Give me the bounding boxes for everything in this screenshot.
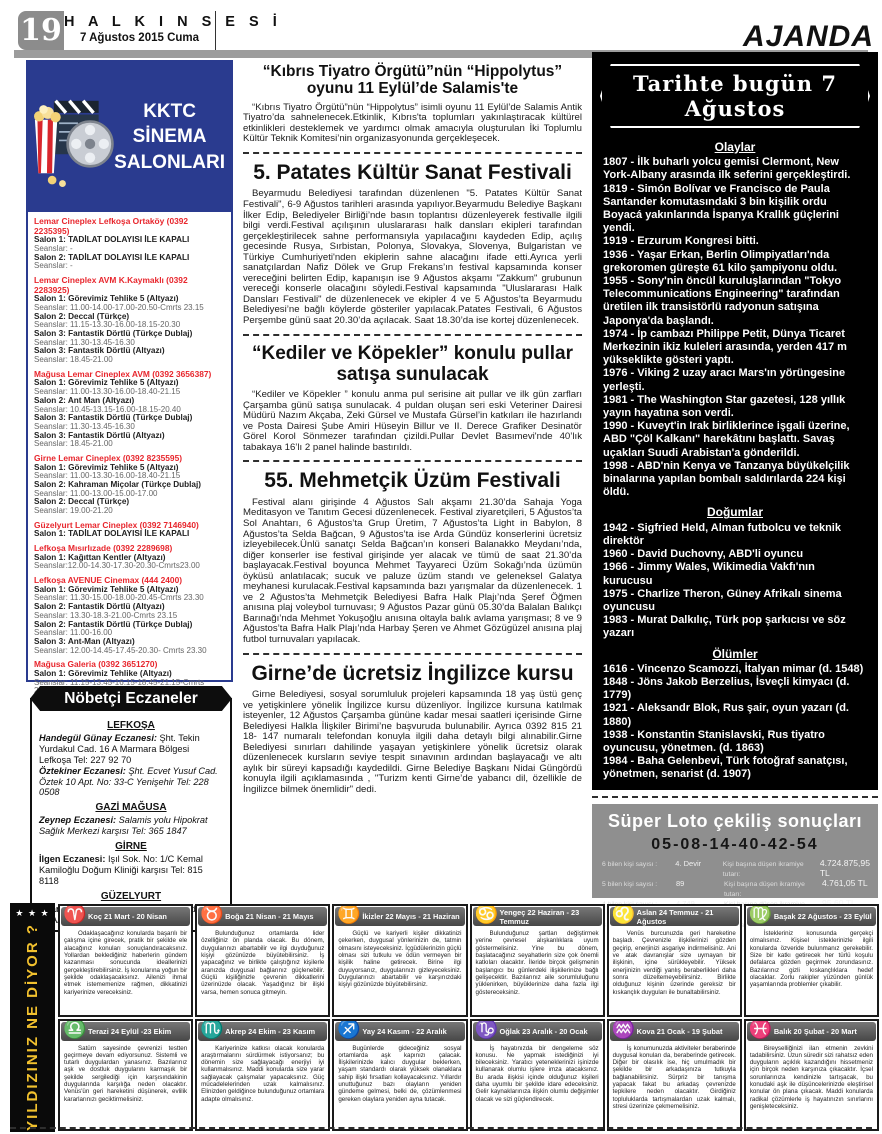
kova-zodiac-icon: ♒	[612, 1020, 636, 1039]
history-item: 1616 - Vincenzo Scamozzi, İtalyan mimar …	[603, 663, 867, 676]
balık-zodiac-icon: ♓	[749, 1020, 773, 1039]
history-item: 1974 - İp cambazı Philippe Petit, Dünya …	[603, 328, 867, 368]
cinema-venue: Lemar Cineplex AVM K.Kaymaklı (0392 2283…	[34, 276, 225, 365]
horoscope-sign-title: Yengeç 22 Haziran - 23 Temmuz	[500, 908, 602, 926]
pharmacy-name: Zeynep Eczanesi:	[39, 815, 119, 825]
horoscope-text: Bireyselliğinizi ilan etmenin zevkini ta…	[746, 1042, 877, 1114]
horoscope-cell: ♍Başak 22 Ağustos - 23 Eylülİstekleriniz…	[744, 904, 879, 1017]
horoscope-strip: ★ ★ ★ YILDIZINIZ NE DİYOR ?	[10, 903, 55, 1132]
horoscope-text: Bulunduğunuz şartları değiştirmek yerine…	[472, 927, 603, 999]
history-box: Tarihte bugün 7 Ağustos Olaylar1807 - İl…	[592, 52, 878, 790]
history-item: 1975 - Charlize Theron, Güney Afrikalı s…	[603, 588, 867, 614]
horoscope-sign-title: Boğa 21 Nisan - 21 Mayıs	[225, 912, 313, 921]
article-title: “Kıbrıs Tiyatro Örgütü”nün “Hippolytus” …	[243, 63, 582, 98]
horoscope-text: Venüs burcunuzda geri hareketine başladı…	[609, 927, 740, 999]
loto-numbers: 05-08-14-40-42-54	[592, 836, 878, 854]
başak-zodiac-icon: ♍	[749, 905, 773, 924]
horoscope-header: ♑Oğlak 23 Aralık - 20 Ocak	[473, 1022, 602, 1041]
section-title: AJANDA	[743, 20, 874, 54]
loto-row-label: 6 bilen kişi sayısı :	[602, 860, 675, 870]
horoscope-cell: ♒Kova 21 Ocak - 19 Şubatİş konumunuzda a…	[607, 1019, 742, 1132]
yengeç-zodiac-icon: ♋	[475, 905, 499, 924]
separator-dashed	[243, 460, 582, 462]
article-body: “Kıbrıs Tiyatro Örgütü”nün “Hippolytus” …	[243, 103, 582, 145]
pharmacy-entry: Handegül Günay Eczanesi: Şht. Tekin Yurd…	[39, 733, 223, 766]
horoscope-header: ♉Boğa 21 Nisan - 21 Mayıs	[198, 907, 327, 926]
loto-prize-amount: 4.724.875,95 TL	[820, 859, 870, 878]
cinema-venue: Lemar Cineplex Lefkoşa Ortaköy (0392 223…	[34, 217, 225, 271]
venue-showtimes: Seanslar: -	[34, 262, 225, 271]
pharmacy-city: LEFKOŞA	[39, 721, 223, 732]
horoscope-sign-title: İkizler 22 Mayıs - 21 Haziran	[362, 912, 459, 921]
history-item: 1966 - Jimmy Wales, Wikimedia Vakfı'nın …	[603, 561, 867, 587]
horoscope-sign-title: Başak 22 Ağustos - 23 Eylül	[774, 912, 872, 921]
history-item: 1984 - Baha Gelenbevi, Türk fotoğraf san…	[603, 755, 867, 781]
history-item: 1955 - Sony'nin öncül kuruluşlarından "T…	[603, 275, 867, 328]
boğa-zodiac-icon: ♉	[200, 905, 224, 924]
cinema-box-title: KKTC SİNEMA SALONLARI	[114, 99, 231, 176]
news-article: 5. Patates Kültür Sanat FestivaliBeyarmu…	[243, 161, 582, 327]
cinema-header: KKTC SİNEMA SALONLARI	[28, 62, 231, 212]
pharmacy-banner: Nöbetçi Eczaneler	[30, 686, 232, 711]
article-body: Girne Belediyesi, sosyal sorumluluk proj…	[243, 690, 582, 795]
loto-row: 6 bilen kişi sayısı :4. DevirKişi başına…	[602, 859, 870, 879]
article-title: 55. Mehmetçik Üzüm Festivali	[243, 469, 582, 493]
horoscope-cell: ♈Koç 21 Mart - 20 NisanOdaklaşacağınız k…	[58, 904, 193, 1017]
pharmacy-entry: İlgen Eczanesi: Işıl Sok. No: 1/C Kemal …	[39, 854, 223, 887]
venue-showtimes: Seanslar:12.00-14.30-17.30-20.30-Cmrts23…	[34, 562, 225, 571]
loto-prize-amount: 4.761,05 TL	[822, 879, 870, 889]
loto-row-label: 5 bilen kişi sayısı :	[602, 880, 676, 890]
history-item: 1960 - David Duchovny, ABD'li oyuncu	[603, 548, 867, 561]
pharmacy-city: GÜZELYURT	[39, 892, 223, 903]
terazi-zodiac-icon: ♎	[63, 1020, 87, 1039]
pharmacy-box: LEFKOŞAHandegül Günay Eczanesi: Şht. Tek…	[30, 698, 232, 932]
aslan-zodiac-icon: ♌	[612, 905, 636, 924]
venue-showtimes: Seanslar: 18.45-21.00	[34, 440, 225, 449]
cinema-listings-box: KKTC SİNEMA SALONLARI Lemar Cineplex Lef…	[26, 60, 233, 682]
horoscope-cell: ♓Balık 20 Şubat - 20 MartBireyselliğiniz…	[744, 1019, 879, 1132]
history-item: 1990 - Kuveyt'in Irak birliklerince işga…	[603, 420, 867, 460]
horoscope-text: İş hayatınızda bir dengeleme söz konusu.…	[472, 1042, 603, 1107]
cinema-venue: Lefkoşa AVENUE Cinemax (444 2400)Salon 1…	[34, 576, 225, 655]
newspaper-name: H A L K I N S E S İ	[64, 14, 215, 30]
cinema-venue: Lefkoşa Mısırlızade (0392 2289698)Salon …	[34, 544, 225, 571]
horoscope-text: Satürn sayesinde çevrenizi testten geçir…	[60, 1042, 191, 1107]
history-item: 1998 - ABD'nin Kenya ve Tanzanya büyükel…	[603, 460, 867, 500]
horoscope-cell: ♏Akrep 24 Ekim - 23 KasımKariyerinize ka…	[195, 1019, 330, 1132]
horoscope-sign-title: Koç 21 Mart - 20 Nisan	[88, 912, 167, 921]
horoscope-sign-title: Kova 21 Ocak - 19 Şubat	[637, 1027, 723, 1036]
horoscope-cell: ♎Terazi 24 Eylül -23 EkimSatürn sayesind…	[58, 1019, 193, 1132]
cinema-graphic-icon	[28, 67, 114, 207]
loto-row-count: 4. Devir	[675, 859, 723, 869]
koç-zodiac-icon: ♈	[63, 905, 87, 924]
horoscope-sign-title: Oğlak 23 Aralık - 20 Ocak	[500, 1027, 588, 1036]
i̇kizler-zodiac-icon: ♊	[337, 905, 361, 924]
horoscope-sign-title: Terazi 24 Eylül -23 Ekim	[88, 1027, 171, 1036]
history-item: 1942 - Sigfried Held, Alman futbolcu ve …	[603, 522, 867, 548]
venue-name: Lemar Cineplex AVM K.Kaymaklı (0392 2283…	[34, 276, 225, 295]
cinema-venue: Güzelyurt Lemar Cineplex (0392 7146940)S…	[34, 521, 225, 539]
loto-row-count: 89	[676, 879, 724, 889]
horoscope-header: ♈Koç 21 Mart - 20 Nisan	[61, 907, 190, 926]
venue-name: Lemar Cineplex Lefkoşa Ortaköy (0392 223…	[34, 217, 225, 236]
horoscope-sign-title: Balık 20 Şubat - 20 Mart	[774, 1027, 857, 1036]
history-item: 1936 - Yaşar Erkan, Berlin Olimpiyatları…	[603, 249, 867, 275]
history-item: 1807 - İlk buharlı yolcu gemisi Clermont…	[603, 156, 867, 182]
stars-icon: ★ ★ ★	[15, 903, 49, 919]
horoscope-text: İstekleriniz konusunda gerçekçi olmalısı…	[746, 927, 877, 992]
horoscope-sign-title: Aslan 24 Temmuz - 21 Ağustos	[637, 908, 739, 926]
horoscope-cell: ♉Boğa 21 Nisan - 21 MayısBulunduğunuz or…	[195, 904, 330, 1017]
horoscope-cell: ♑Oğlak 23 Aralık - 20 Ocakİş hayatınızda…	[470, 1019, 605, 1132]
article-title: Girne’de ücretsiz İngilizce kursu	[243, 662, 582, 686]
venue-showtimes: Seanslar: 19.00-21.20	[34, 507, 225, 516]
horoscope-cell: ♐Yay 24 Kasım - 22 AralıkBugünlerde gide…	[332, 1019, 467, 1132]
history-item: 1819 - Simón Bolívar ve Francisco de Pau…	[603, 183, 867, 236]
issue-date: 7 Ağustos 2015 Cuma	[64, 32, 215, 44]
history-item: 1983 - Murat Dalkılıç, Türk pop şarkıcıs…	[603, 614, 867, 640]
news-article: “Kediler ve Köpekler” konulu pullar satı…	[243, 343, 582, 454]
pharmacy-entry: Öztekiner Eczanesi: Şht. Ecvet Yusuf Cad…	[39, 766, 223, 799]
horoscope-text: Kariyerinize katkısı olacak konularda ar…	[197, 1042, 328, 1107]
horoscope-sign-title: Akrep 24 Ekim - 23 Kasım	[225, 1027, 315, 1036]
news-article: 55. Mehmetçik Üzüm FestivaliFestival ala…	[243, 469, 582, 645]
pharmacy-name: İlgen Eczanesi:	[39, 854, 108, 864]
horoscope-text: Odaklaşacağınız konularda başarılı bir ç…	[60, 927, 191, 999]
horoscope-header: ♌Aslan 24 Temmuz - 21 Ağustos	[610, 907, 739, 926]
horoscope-header: ♏Akrep 24 Ekim - 23 Kasım	[198, 1022, 327, 1041]
separator-dashed	[243, 334, 582, 336]
horoscope-header: ♎Terazi 24 Eylül -23 Ekim	[61, 1022, 190, 1041]
history-banner: Tarihte bugün 7 Ağustos	[600, 64, 870, 128]
horoscope-text: Bugünlerde gideceğiniz sosyal ortamlarda…	[334, 1042, 465, 1107]
pharmacy-name: Öztekiner Eczanesi:	[39, 766, 128, 776]
bottom-dashed-rule	[10, 1127, 872, 1129]
separator-dashed	[243, 653, 582, 655]
horoscope-header: ♒Kova 21 Ocak - 19 Şubat	[610, 1022, 739, 1041]
venue-salon: Salon 1: TADİLAT DOLAYISI İLE KAPALI	[34, 530, 225, 539]
history-content: Olaylar1807 - İlk buharlı yolcu gemisi C…	[592, 132, 878, 784]
horoscope-text: İş konumunuzda aktiviteler beraberinde d…	[609, 1042, 740, 1114]
venue-showtimes: Seanslar: 12.00-14.45-17.45-20.30- Cmrts…	[34, 647, 225, 656]
horoscope-text: Bulunduğunuz ortamlarda lider özelliğini…	[197, 927, 328, 999]
pharmacy-name: Handegül Günay Eczanesi:	[39, 733, 160, 743]
horoscope-text: Güçlü ve kariyerli kişiler dikkatinizi ç…	[334, 927, 465, 992]
loto-prize-label: Kişi başına düşen ikramiye tutarı:	[724, 880, 822, 899]
separator-dashed	[243, 152, 582, 154]
article-title: “Kediler ve Köpekler” konulu pullar satı…	[243, 343, 582, 386]
horoscope-cell: ♋Yengeç 22 Haziran - 23 TemmuzBulunduğun…	[470, 904, 605, 1017]
history-item: 1976 - Viking 2 uzay aracı Mars'ın yörün…	[603, 367, 867, 393]
article-title: 5. Patates Kültür Sanat Festivali	[243, 161, 582, 185]
pharmacy-city: GİRNE	[39, 842, 223, 853]
news-article: Girne’de ücretsiz İngilizce kursuGirne B…	[243, 662, 582, 796]
history-item: 1921 - Aleksandr Blok, Rus şair, oyun ya…	[603, 702, 867, 728]
horoscope-cell: ♊İkizler 22 Mayıs - 21 HaziranGüçlü ve k…	[332, 904, 467, 1017]
cinema-venue: Girne Lemar Cineplex (0392 8235595)Salon…	[34, 454, 225, 516]
horoscope-header: ♓Balık 20 Şubat - 20 Mart	[747, 1022, 876, 1041]
horoscope-sign-title: Yay 24 Kasım - 22 Aralık	[362, 1027, 446, 1036]
loto-title: Süper Loto çekiliş sonuçları	[592, 804, 878, 832]
horoscope-header: ♍Başak 22 Ağustos - 23 Eylül	[747, 907, 876, 926]
akrep-zodiac-icon: ♏	[200, 1020, 224, 1039]
article-body: Festival alanı girişinde 4 Ağustos Salı …	[243, 498, 582, 646]
horoscope-header: ♋Yengeç 22 Haziran - 23 Temmuz	[473, 907, 602, 926]
separator-dashed	[592, 796, 878, 798]
page-number: 19	[18, 11, 64, 50]
venue-showtimes: Seanslar: 18.45-21.00	[34, 356, 225, 365]
news-article: “Kıbrıs Tiyatro Örgütü”nün “Hippolytus” …	[243, 63, 582, 145]
pharmacy-city: GAZİ MAĞUSA	[39, 803, 223, 814]
cinema-venue-list: Lemar Cineplex Lefkoşa Ortaköy (0392 223…	[28, 212, 231, 731]
history-item: 1981 - The Washington Star gazetesi, 128…	[603, 394, 867, 420]
history-item: 1938 - Konstantin Stanislavski, Rus tiya…	[603, 729, 867, 755]
history-heading: Doğumlar	[603, 506, 867, 519]
cinema-venue: Mağusa Lemar Cineplex AVM (0392 3656387)…	[34, 370, 225, 449]
masthead: H A L K I N S E S İ 7 Ağustos 2015 Cuma	[64, 11, 216, 50]
horoscope-grid: ♈Koç 21 Mart - 20 NisanOdaklaşacağınız k…	[57, 903, 880, 1132]
article-body: “Kediler ve Köpekler ” konulu anma pul s…	[243, 390, 582, 453]
articles-column: “Kıbrıs Tiyatro Örgütü”nün “Hippolytus” …	[243, 58, 582, 796]
yay-zodiac-icon: ♐	[337, 1020, 361, 1039]
loto-results-box: Süper Loto çekiliş sonuçları 05-08-14-40…	[592, 804, 878, 898]
history-heading: Olaylar	[603, 141, 867, 154]
history-heading: Ölümler	[603, 648, 867, 661]
history-item: 1919 - Erzurum Kongresi bitti.	[603, 235, 867, 248]
loto-prize-label: Kişi başına düşen ikramiye tutarı:	[723, 860, 820, 879]
pharmacy-entry: Zeynep Eczanesi: Salamis yolu Hipokrat S…	[39, 815, 223, 837]
horoscope-strip-title: YILDIZINIZ NE DİYOR ?	[24, 923, 41, 1131]
history-item: 1848 - Jöns Jakob Berzelius, İsveçli kim…	[603, 676, 867, 702]
oğlak-zodiac-icon: ♑	[475, 1020, 499, 1039]
horoscope-header: ♊İkizler 22 Mayıs - 21 Haziran	[335, 907, 464, 926]
article-body: Beyarmudu Belediyesi tarafından düzenlen…	[243, 189, 582, 326]
loto-row: 5 bilen kişi sayısı :89Kişi başına düşen…	[602, 879, 870, 899]
horoscope-header: ♐Yay 24 Kasım - 22 Aralık	[335, 1022, 464, 1041]
horoscope-cell: ♌Aslan 24 Temmuz - 21 AğustosVenüs burcu…	[607, 904, 742, 1017]
